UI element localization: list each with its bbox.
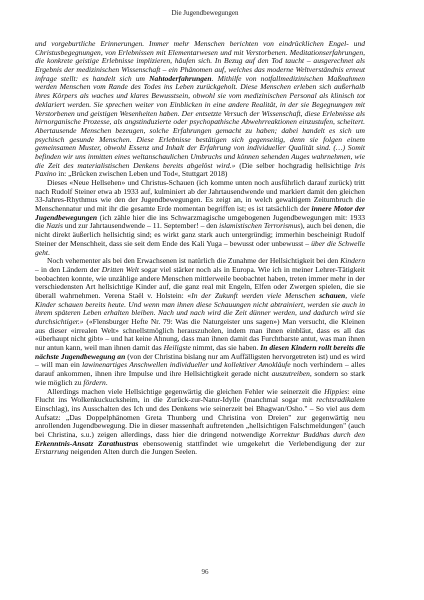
text-run: in: „Brücken zwischen Leben und Tod«, St… xyxy=(56,169,227,178)
text-run: (Die selber hochgradig hellsichtige xyxy=(235,161,354,170)
italic-text: . Mithilfe von notfallme­dizinischen Maß… xyxy=(35,74,365,170)
text-run: Noch vehementer als bei den Erwachsenen … xyxy=(47,256,340,265)
italic-text: Heiligste xyxy=(164,343,191,352)
text-run: . xyxy=(106,378,108,387)
italic-text: islamisti­schen Terrorismus xyxy=(219,221,300,230)
paragraph: Allerdings machen viele Hellsichtige geg… xyxy=(35,388,365,458)
text-run: – in den Ländern der xyxy=(35,265,102,274)
italic-text: Korrektur Buddhas durch den xyxy=(270,430,365,439)
page-number: 96 xyxy=(0,568,410,576)
italic-text: lawinenarti­ges Anschwellen individuelle… xyxy=(82,360,291,369)
paragraph: und vorgeburtliche Erinnerungen. Immer m… xyxy=(35,40,365,179)
italic-text: Erstarrung xyxy=(35,447,69,456)
text-run: nimmt, das sie haben. xyxy=(191,343,260,352)
italic-text: auszutreiben xyxy=(272,369,310,378)
text-run: ebensowenig stattfindet wie umgekehrt di… xyxy=(138,439,365,448)
italic-text: Hippies xyxy=(324,387,347,396)
running-header: Die Jugendbewegungen xyxy=(0,9,410,17)
italic-text: fördern xyxy=(83,378,105,387)
emphasized-text: Nahtoderfahrungen xyxy=(149,74,212,83)
text-run: neigenden Alten durch die Jungen Seelen. xyxy=(69,447,197,456)
text-run: Allerdings machen viele Hellsichtige geg… xyxy=(47,387,324,396)
document-page: Die Jugendbewegungen und vorgeburtliche … xyxy=(0,0,424,600)
emphasized-text: schauen xyxy=(319,291,345,300)
italic-text: Kindern xyxy=(340,256,365,265)
paragraph: Dieses «Neue Hellsehen» und Christus-Sch… xyxy=(35,179,365,257)
italic-text: In der Zukunft werden viele Menschen xyxy=(191,291,319,300)
paragraph: Noch vehementer als bei den Erwachsenen … xyxy=(35,257,365,387)
italic-text: Nazis xyxy=(46,221,63,230)
emphasized-text: Erkenntnis-Ansatz Zarathustras xyxy=(35,439,138,448)
text-run: . xyxy=(48,248,50,257)
italic-text: Dritten Welt xyxy=(102,265,139,274)
body-text: und vorgeburtliche Erinnerungen. Immer m… xyxy=(35,40,365,457)
text-run: und zur Jahrtausendwende – 11. September… xyxy=(63,221,219,230)
italic-text: rechtsradi­kalem xyxy=(316,395,365,404)
